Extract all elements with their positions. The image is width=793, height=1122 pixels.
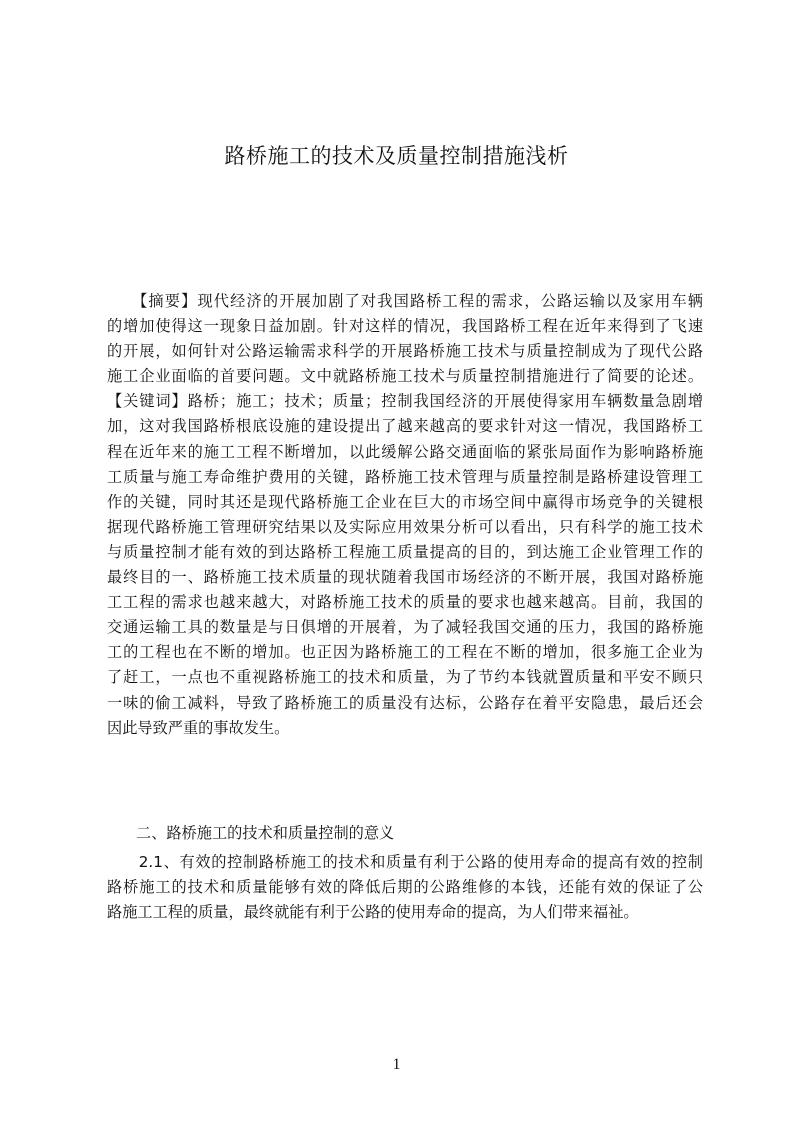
text-line: 工工程的需求也越来越大，对路桥施工技术的质量的要求也越来越高。目前，我国的 — [107, 590, 703, 615]
text-line: 施工企业面临的首要问题。文中就路桥施工技术与质量控制措施进行了简要的论述。 — [107, 364, 703, 389]
page-number: 1 — [0, 1056, 793, 1074]
text-line: 因此导致严重的事故发生。 — [107, 716, 703, 741]
section-2-1-paragraph: 2.1、有效的控制路桥施工的技术和质量有利于公路的使用寿命的提高有效的控制 路桥… — [107, 850, 703, 925]
text-line: 的开展，如何针对公路运输需求科学的开展路桥施工技术与质量控制成为了现代公路 — [107, 339, 703, 364]
section-heading: 二、路桥施工的技术和质量控制的意义 — [136, 822, 394, 843]
text-line: 的增加使得这一现象日益加剧。针对这样的情况，我国路桥工程在近年来得到了飞速 — [107, 314, 703, 339]
text-line: 与质量控制才能有效的到达路桥工程施工质量提高的目的，到达施工企业管理工作的 — [107, 540, 703, 565]
text-line: 路桥施工的技术和质量能够有效的降低后期的公路维修的本钱，还能有效的保证了公 — [107, 875, 703, 900]
text-line: 加，这对我国路桥根底设施的建设提出了越来越高的要求针对这一情况，我国路桥工 — [107, 414, 703, 439]
text-line: 最终目的一、路桥施工技术质量的现状随着我国市场经济的不断开展，我国对路桥施 — [107, 565, 703, 590]
abstract-paragraph: 【摘要】现代经济的开展加剧了对我国路桥工程的需求，公路运输以及家用车辆 的增加使… — [107, 289, 703, 741]
text-line: 程在近年来的施工工程不断增加，以此缓解公路交通面临的紧张局面作为影响路桥施 — [107, 440, 703, 465]
text-line: 【关键词】路桥；施工；技术；质量；控制我国经济的开展使得家用车辆数量急剧增 — [107, 389, 703, 414]
text-line: 【摘要】现代经济的开展加剧了对我国路桥工程的需求，公路运输以及家用车辆 — [107, 289, 703, 314]
text-line: 了赶工，一点也不重视路桥施工的技术和质量，为了节约本钱就置质量和平安不顾只 — [107, 665, 703, 690]
text-line: 工质量与施工寿命维护费用的关键，路桥施工技术管理与质量控制是路桥建设管理工 — [107, 465, 703, 490]
text-line: 据现代路桥施工管理研究结果以及实际应用效果分析可以看出，只有科学的施工技术 — [107, 515, 703, 540]
text-line: 工的工程也在不断的增加。也正因为路桥施工的工程在不断的增加，很多施工企业为 — [107, 640, 703, 665]
text-line: 2.1、有效的控制路桥施工的技术和质量有利于公路的使用寿命的提高有效的控制 — [107, 850, 703, 875]
text-line: 路施工工程的质量，最终就能有利于公路的使用寿命的提高，为人们带来福祉。 — [107, 900, 703, 925]
text-line: 作的关键，同时其还是现代路桥施工企业在巨大的市场空间中赢得市场竞争的关键根 — [107, 490, 703, 515]
text-line: 交通运输工具的数量是与日俱增的开展着，为了减轻我国交通的压力，我国的路桥施 — [107, 615, 703, 640]
document-title: 路桥施工的技术及质量控制措施浅析 — [0, 140, 793, 170]
text-line: 一味的偷工减料，导致了路桥施工的质量没有达标，公路存在着平安隐患，最后还会 — [107, 691, 703, 716]
